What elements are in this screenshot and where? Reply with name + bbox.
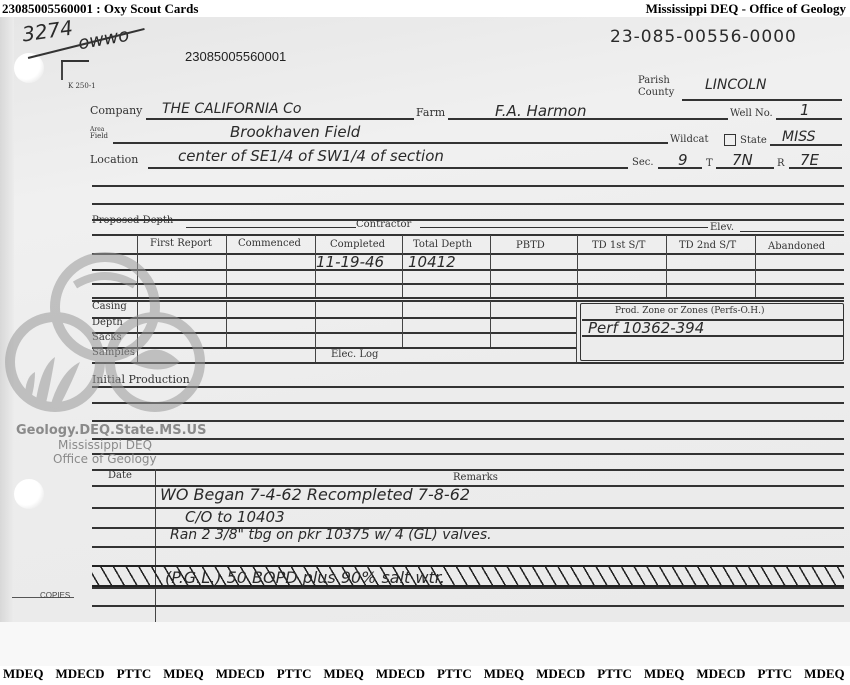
table-top-line [92,234,844,236]
page-footer: MDEQMDECDPTTCMDEQMDECDPTTCMDEQMDECDPTTCM… [0,666,850,685]
footer-item: PTTC [758,666,793,682]
casing-col-divider [315,301,316,362]
casing-col-divider [402,301,403,347]
elev-label: Elev. [710,222,734,233]
watermark-logo-icon [0,237,230,427]
state-label: State [740,135,767,146]
remarks-line [92,605,844,607]
footer-item: MDEQ [804,666,844,682]
remarks-line [92,587,844,589]
watermark-url: Geology.DEQ.State.MS.US [16,423,206,438]
t-value: 7N [732,151,753,169]
field-value: Brookhaven Field [230,123,360,141]
corner-note: 3274 [21,17,75,46]
field-underline [113,142,668,144]
date-label: Date [108,470,132,481]
remarks-label: Remarks [453,472,498,483]
proposed-depth-underline [186,227,356,228]
total-depth-value: 10412 [408,253,456,271]
farm-label: Farm [416,106,445,119]
blank-line [92,219,844,221]
t-label: T [706,158,713,169]
elev-underline [740,231,844,232]
r-label: R [777,158,785,169]
r-value: 7E [800,151,819,169]
remarks-top-line [92,469,844,471]
blank-line [92,203,844,205]
contractor-underline [420,227,708,228]
prod-zone-label: Prod. Zone or Zones (Perfs-O.H.) [615,306,764,316]
card-lower-margin [0,622,850,666]
footer-item: MDEQ [163,666,203,682]
footer-item: MDECD [376,666,425,682]
page-header: 23085005560001 : Oxy Scout Cards Mississ… [0,0,850,17]
col-completed: Completed [330,239,385,250]
watermark-agency: Mississippi DEQ [58,438,152,452]
col-abandoned: Abandoned [768,241,825,252]
casing-col-divider [576,301,577,362]
wildcat-label: Wildcat [670,134,708,145]
state-value: MISS [782,129,815,145]
table-col-divider [402,235,403,297]
location-underline [148,167,628,169]
footer-item: MDEQ [644,666,684,682]
scout-card-image: 3274 owwo 23085005560001 K 250-1 23-085-… [0,17,850,639]
form-number: K 250-1 [68,82,96,90]
col-total-depth: Total Depth [413,239,472,250]
wildcat-checkbox[interactable] [724,134,736,146]
location-value: center of SE1/4 of SW1/4 of section [178,147,444,165]
footer-item: MDEQ [323,666,363,682]
remark-line-1: WO Began 7-4-62 Recompleted 7-8-62 [160,485,470,504]
footer-item: MDECD [696,666,745,682]
field-label: Field [90,132,108,140]
footer-item: MDECD [55,666,104,682]
remark-line-4: (P.G.L.) 50 BOPD plus 90% salt wtr. [165,568,445,587]
blank-line [92,185,844,187]
location-label: Location [90,153,138,166]
footer-item: PTTC [597,666,632,682]
remarks-line [92,546,844,548]
company-underline [146,118,414,120]
elec-log-label: Elec. Log [331,349,378,360]
completed-value: 11-19-46 [316,253,384,271]
api-number: 23-085-00556-0000 [610,27,797,47]
company-label: Company [90,104,142,117]
stamped-id: 23085005560001 [185,49,286,64]
footer-item: PTTC [277,666,312,682]
county-value: LINCOLN [705,77,766,93]
proposed-depth-label: Proposed Depth [92,215,173,226]
casing-col-divider [490,301,491,347]
col-commenced: Commenced [238,238,301,249]
contractor-label: Contractor [356,219,411,230]
watermark-office: Office of Geology [53,452,157,466]
col-pbtd: PBTD [516,240,545,251]
table-col-divider [577,235,578,297]
farm-underline [448,118,728,120]
county-underline [682,99,842,101]
agency-title: Mississippi DEQ - Office of Geology [646,1,846,17]
prod-zone-value: Perf 10362-394 [588,319,704,337]
document-title: 23085005560001 : Oxy Scout Cards [2,1,198,17]
footer-item: PTTC [437,666,472,682]
table-col-divider [755,235,756,297]
footer-item: MDEQ [3,666,43,682]
company-value: THE CALIFORNIA Co [162,101,301,117]
footer-item: PTTC [117,666,152,682]
footer-item: MDECD [536,666,585,682]
corner-mark [61,60,63,80]
sec-label: Sec. [632,157,654,168]
col-td-2nd: TD 2nd S/T [679,240,736,251]
col-td-1st: TD 1st S/T [592,240,645,251]
table-col-divider [490,235,491,297]
parish-label: Parish [638,75,670,86]
sec-value: 9 [678,151,688,169]
county-label: County [638,87,674,98]
remark-line-3: Ran 2 3/8" tbg on pkr 10375 w/ 4 (GL) va… [170,527,492,543]
remark-line-2: C/O to 10403 [185,508,285,526]
footer-item: MDECD [216,666,265,682]
table-col-divider [666,235,667,297]
corner-mark [61,60,89,62]
footer-item: MDEQ [484,666,524,682]
copies-label: COPIES [40,591,70,600]
blank-line [92,453,844,455]
blank-line [92,438,844,440]
well-no-value: 1 [800,101,810,119]
punch-hole [14,479,44,509]
well-no-label: Well No. [730,108,773,119]
farm-value: F.A. Harmon [495,102,586,120]
